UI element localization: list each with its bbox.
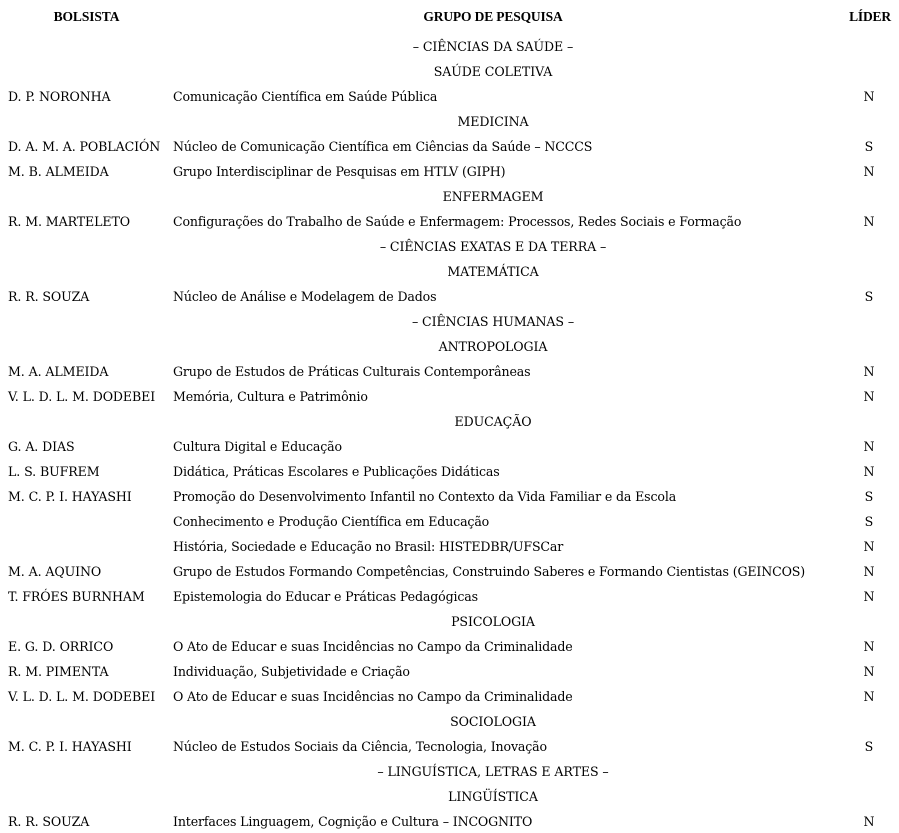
- bolsista-cell: G. A. DIAS: [8, 434, 173, 459]
- table-row: G. A. DIASCultura Digital e EducaçãoN: [0, 434, 899, 459]
- bolsista-cell: R. M. PIMENTA: [8, 659, 173, 684]
- lider-cell: N: [849, 84, 889, 109]
- subarea-heading: MATEMÁTICA: [173, 259, 813, 284]
- research-groups-table: BOLSISTA GRUPO DE PESQUISA LÍDER – CIÊNC…: [0, 0, 899, 833]
- lider-cell: N: [849, 684, 889, 709]
- lider-cell: S: [849, 734, 889, 759]
- table-row: R. R. SOUZAInterfaces Linguagem, Cogniçã…: [0, 809, 899, 833]
- table-row: Conhecimento e Produção Científica em Ed…: [0, 509, 899, 534]
- lider-cell: N: [849, 459, 889, 484]
- lider-cell: N: [849, 384, 889, 409]
- subarea-heading-row: PSICOLOGIA: [0, 609, 899, 634]
- lider-cell: N: [849, 209, 889, 234]
- bolsista-cell: T. FRÓES BURNHAM: [8, 584, 173, 609]
- grupo-cell: Memória, Cultura e Patrimônio: [173, 384, 368, 409]
- subarea-heading-row: LINGÜÍSTICA: [0, 784, 899, 809]
- grupo-cell: Individuação, Subjetividade e Criação: [173, 659, 410, 684]
- subarea-heading-row: ANTROPOLOGIA: [0, 334, 899, 359]
- grupo-cell: Epistemologia do Educar e Práticas Pedag…: [173, 584, 478, 609]
- table-row: E. G. D. ORRICOO Ato de Educar e suas In…: [0, 634, 899, 659]
- lider-cell: S: [849, 509, 889, 534]
- grupo-cell: O Ato de Educar e suas Incidências no Ca…: [173, 684, 573, 709]
- bolsista-cell: V. L. D. L. M. DODEBEI: [8, 684, 173, 709]
- area-heading: – LINGUÍSTICA, LETRAS E ARTES –: [173, 759, 813, 784]
- grupo-cell: Conhecimento e Produção Científica em Ed…: [173, 509, 489, 534]
- table-row: M. A. ALMEIDAGrupo de Estudos de Prática…: [0, 359, 899, 384]
- bolsista-cell: M. A. ALMEIDA: [8, 359, 173, 384]
- bolsista-cell: M. A. AQUINO: [8, 559, 173, 584]
- grupo-cell: Promoção do Desenvolvimento Infantil no …: [173, 484, 676, 509]
- table-row: L. S. BUFREMDidática, Práticas Escolares…: [0, 459, 899, 484]
- subarea-heading: ANTROPOLOGIA: [173, 334, 813, 359]
- grupo-cell: Núcleo de Análise e Modelagem de Dados: [173, 284, 436, 309]
- table-row: V. L. D. L. M. DODEBEIO Ato de Educar e …: [0, 684, 899, 709]
- grupo-cell: O Ato de Educar e suas Incidências no Ca…: [173, 634, 573, 659]
- table-row: V. L. D. L. M. DODEBEIMemória, Cultura e…: [0, 384, 899, 409]
- grupo-cell: Núcleo de Estudos Sociais da Ciência, Te…: [173, 734, 547, 759]
- lider-cell: N: [849, 534, 889, 559]
- subarea-heading-row: MATEMÁTICA: [0, 259, 899, 284]
- subarea-heading-row: SAÚDE COLETIVA: [0, 59, 899, 84]
- lider-cell: N: [849, 434, 889, 459]
- area-heading: – CIÊNCIAS HUMANAS –: [173, 309, 813, 334]
- table-row: M. A. AQUINOGrupo de Estudos Formando Co…: [0, 559, 899, 584]
- subarea-heading: SOCIOLOGIA: [173, 709, 813, 734]
- grupo-cell: Grupo de Estudos de Práticas Culturais C…: [173, 359, 530, 384]
- lider-cell: N: [849, 659, 889, 684]
- bolsista-cell: M. C. P. I. HAYASHI: [8, 734, 173, 759]
- header-bolsista: BOLSISTA: [0, 0, 173, 34]
- subarea-heading: PSICOLOGIA: [173, 609, 813, 634]
- subarea-heading: SAÚDE COLETIVA: [173, 59, 813, 84]
- subarea-heading-row: MEDICINA: [0, 109, 899, 134]
- area-heading: – CIÊNCIAS EXATAS E DA TERRA –: [173, 234, 813, 259]
- grupo-cell: Comunicação Científica em Saúde Pública: [173, 84, 437, 109]
- grupo-cell: História, Sociedade e Educação no Brasil…: [173, 534, 563, 559]
- grupo-cell: Núcleo de Comunicação Científica em Ciên…: [173, 134, 592, 159]
- lider-cell: N: [849, 584, 889, 609]
- header-lider: LÍDER: [845, 0, 895, 34]
- bolsista-cell: M. B. ALMEIDA: [8, 159, 173, 184]
- header-grupo-de-pesquisa: GRUPO DE PESQUISA: [173, 0, 813, 34]
- table-row: D. P. NORONHAComunicação Científica em S…: [0, 84, 899, 109]
- area-heading-row: – LINGUÍSTICA, LETRAS E ARTES –: [0, 759, 899, 784]
- bolsista-cell: E. G. D. ORRICO: [8, 634, 173, 659]
- table-row: R. M. MARTELETOConfigurações do Trabalho…: [0, 209, 899, 234]
- grupo-cell: Cultura Digital e Educação: [173, 434, 342, 459]
- area-heading-row: – CIÊNCIAS HUMANAS –: [0, 309, 899, 334]
- table-row: M. C. P. I. HAYASHIPromoção do Desenvolv…: [0, 484, 899, 509]
- bolsista-cell: D. A. M. A. POBLACIÓN: [8, 134, 173, 159]
- grupo-cell: Didática, Práticas Escolares e Publicaçõ…: [173, 459, 500, 484]
- table-row: História, Sociedade e Educação no Brasil…: [0, 534, 899, 559]
- lider-cell: S: [849, 484, 889, 509]
- table-row: M. B. ALMEIDAGrupo Interdisciplinar de P…: [0, 159, 899, 184]
- lider-cell: N: [849, 559, 889, 584]
- lider-cell: N: [849, 359, 889, 384]
- subarea-heading: ENFERMAGEM: [173, 184, 813, 209]
- table-header: BOLSISTA GRUPO DE PESQUISA LÍDER: [0, 0, 899, 34]
- bolsista-cell: R. R. SOUZA: [8, 809, 173, 833]
- subarea-heading-row: EDUCAÇÃO: [0, 409, 899, 434]
- subarea-heading-row: ENFERMAGEM: [0, 184, 899, 209]
- bolsista-cell: D. P. NORONHA: [8, 84, 173, 109]
- bolsista-cell: V. L. D. L. M. DODEBEI: [8, 384, 173, 409]
- table-row: R. M. PIMENTAIndividuação, Subjetividade…: [0, 659, 899, 684]
- grupo-cell: Grupo de Estudos Formando Competências, …: [173, 559, 805, 584]
- lider-cell: N: [849, 809, 889, 833]
- grupo-cell: Interfaces Linguagem, Cognição e Cultura…: [173, 809, 532, 833]
- grupo-cell: Grupo Interdisciplinar de Pesquisas em H…: [173, 159, 505, 184]
- subarea-heading: LINGÜÍSTICA: [173, 784, 813, 809]
- lider-cell: S: [849, 284, 889, 309]
- bolsista-cell: M. C. P. I. HAYASHI: [8, 484, 173, 509]
- lider-cell: N: [849, 634, 889, 659]
- table-row: D. A. M. A. POBLACIÓNNúcleo de Comunicaç…: [0, 134, 899, 159]
- area-heading-row: – CIÊNCIAS DA SAÚDE –: [0, 34, 899, 59]
- subarea-heading: MEDICINA: [173, 109, 813, 134]
- grupo-cell: Configurações do Trabalho de Saúde e Enf…: [173, 209, 741, 234]
- table-row: M. C. P. I. HAYASHINúcleo de Estudos Soc…: [0, 734, 899, 759]
- table-body: – CIÊNCIAS DA SAÚDE –SAÚDE COLETIVAD. P.…: [0, 34, 899, 833]
- bolsista-cell: R. R. SOUZA: [8, 284, 173, 309]
- lider-cell: N: [849, 159, 889, 184]
- subarea-heading: EDUCAÇÃO: [173, 409, 813, 434]
- area-heading-row: – CIÊNCIAS EXATAS E DA TERRA –: [0, 234, 899, 259]
- bolsista-cell: L. S. BUFREM: [8, 459, 173, 484]
- area-heading: – CIÊNCIAS DA SAÚDE –: [173, 34, 813, 59]
- lider-cell: S: [849, 134, 889, 159]
- bolsista-cell: R. M. MARTELETO: [8, 209, 173, 234]
- table-row: R. R. SOUZANúcleo de Análise e Modelagem…: [0, 284, 899, 309]
- subarea-heading-row: SOCIOLOGIA: [0, 709, 899, 734]
- table-row: T. FRÓES BURNHAMEpistemologia do Educar …: [0, 584, 899, 609]
